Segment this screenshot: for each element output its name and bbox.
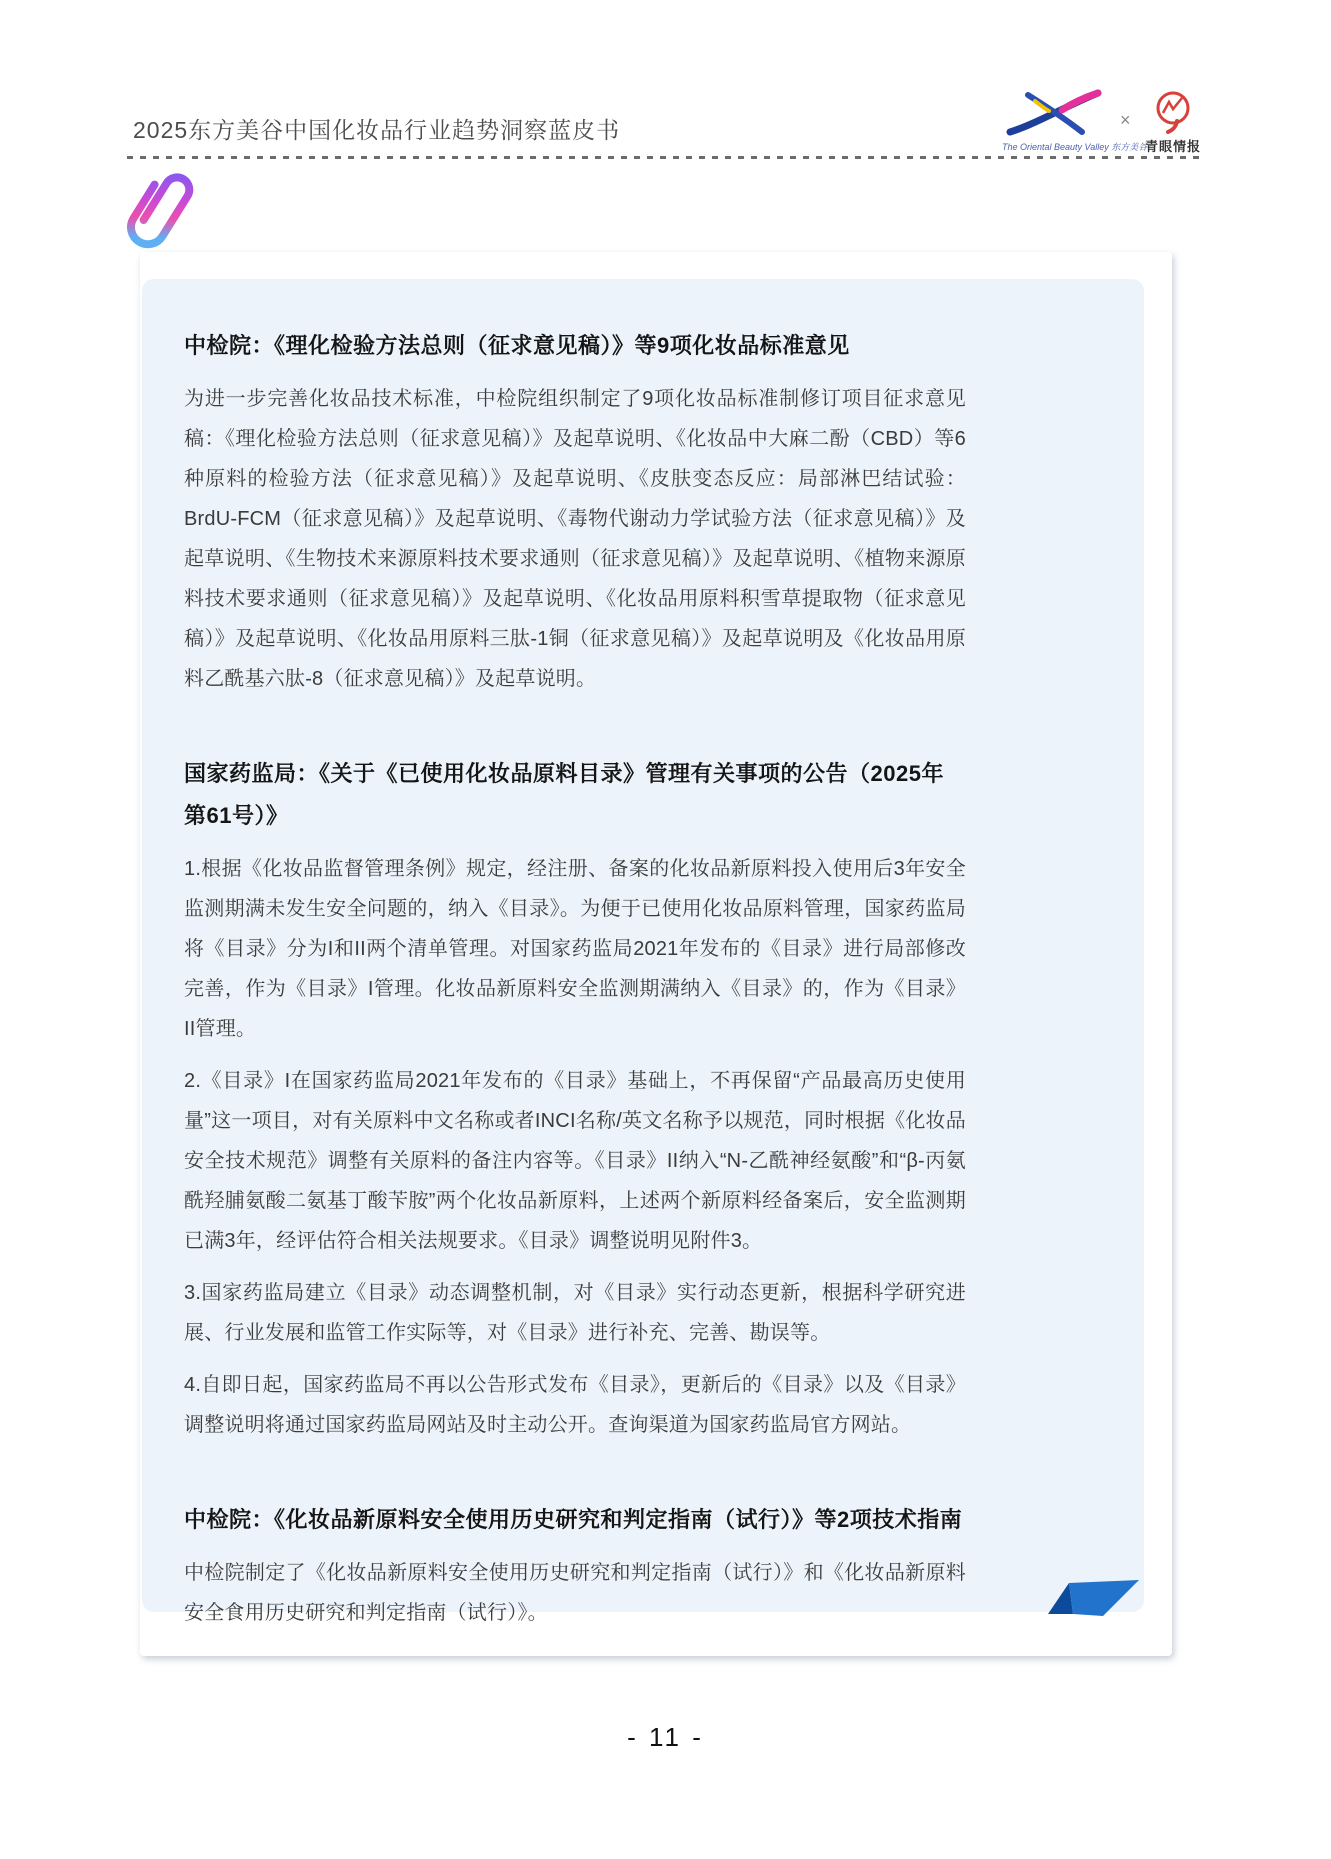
paragraph: 1.根据《化妆品监督管理条例》规定，经注册、备案的化妆品新原料投入使用后3年安全… (184, 849, 966, 1049)
obv-logo-mark-icon (1002, 88, 1112, 138)
logo-separator-x: × (1120, 110, 1131, 131)
page-number: - 11 - (0, 1722, 1331, 1753)
document-title: 2025东方美谷中国化妆品行业趋势洞察蓝皮书 (133, 112, 620, 145)
section-technical-guides: 中检院：《化妆品新原料安全使用历史研究和判定指南（试行）》等2项技术指南 中检院… (184, 1499, 966, 1633)
content-panel: 中检院：《理化检验方法总则（征求意见稿）》等9项化妆品标准意见 为进一步完善化妆… (142, 279, 1144, 1612)
content-card: 中检院：《理化检验方法总则（征求意见稿）》等9项化妆品标准意见 为进一步完善化妆… (140, 252, 1172, 1656)
paragraph: 4.自即日起，国家药监局不再以公告形式发布《目录》，更新后的《目录》以及《目录》… (184, 1365, 966, 1445)
section-standards-opinions: 中检院：《理化检验方法总则（征求意见稿）》等9项化妆品标准意见 为进一步完善化妆… (184, 325, 966, 699)
paperclip-icon (107, 151, 213, 265)
section-heading: 中检院：《化妆品新原料安全使用历史研究和判定指南（试行）》等2项技术指南 (184, 1499, 966, 1541)
section-heading: 国家药监局：《关于《已使用化妆品原料目录》管理有关事项的公告（2025年第61号… (184, 753, 966, 837)
paragraph: 2.《目录》I在国家药监局2021年发布的《目录》基础上，不再保留“产品最高历史… (184, 1061, 966, 1261)
document-page: 2025东方美谷中国化妆品行业趋势洞察蓝皮书 The Oriental Beau… (0, 0, 1331, 1859)
folded-corner-icon (1039, 1576, 1149, 1620)
obv-logo: The Oriental Beauty Valley 东方美谷 (1002, 88, 1112, 156)
qingyan-logo-caption: 青眼情报 (1142, 136, 1204, 155)
paragraph: 3.国家药监局建立《目录》动态调整机制，对《目录》实行动态更新，根据科学研究进展… (184, 1273, 966, 1353)
qingyan-logo: 青眼情报 (1142, 86, 1204, 158)
paragraph: 为进一步完善化妆品技术标准，中检院组织制定了9项化妆品标准制修订项目征求意见稿：… (184, 379, 966, 699)
panel-content: 中检院：《理化检验方法总则（征求意见稿）》等9项化妆品标准意见 为进一步完善化妆… (184, 325, 966, 1633)
obv-logo-caption: The Oriental Beauty Valley 东方美谷 (1002, 140, 1112, 153)
section-heading: 中检院：《理化检验方法总则（征求意见稿）》等9项化妆品标准意见 (184, 325, 966, 367)
paragraph: 中检院制定了《化妆品新原料安全使用历史研究和判定指南（试行）》和《化妆品新原料安… (184, 1553, 966, 1633)
header-divider (127, 156, 1205, 159)
section-catalog-announcement: 国家药监局：《关于《已使用化妆品原料目录》管理有关事项的公告（2025年第61号… (184, 753, 966, 1445)
qingyan-logo-mark-icon (1142, 86, 1204, 136)
